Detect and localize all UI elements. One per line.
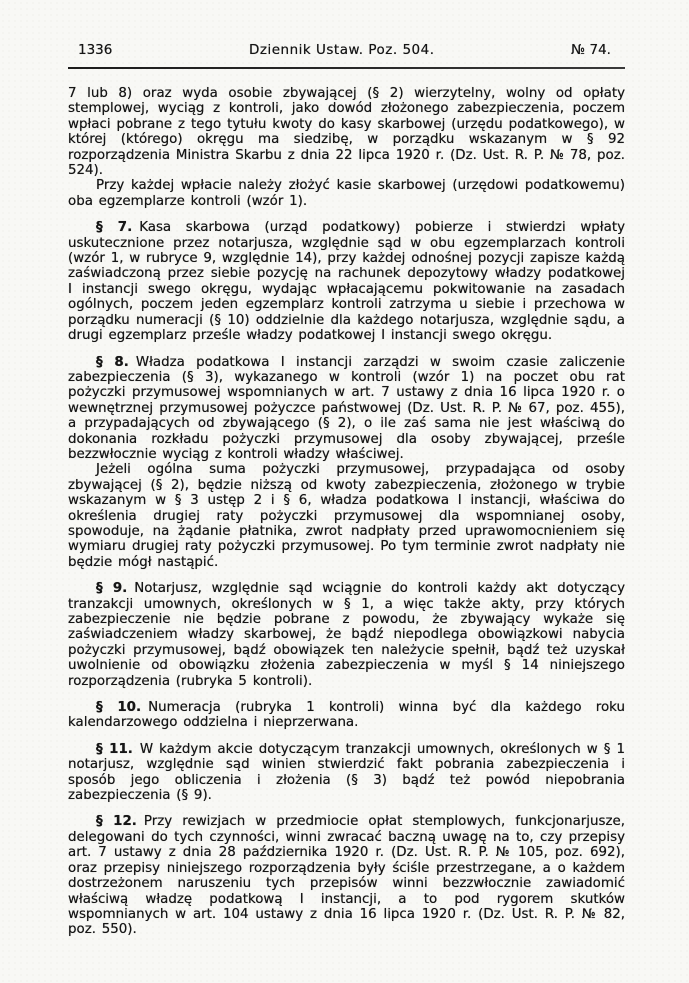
paragraph-section-8: § 8.Władza podatkowa I instancji zarządz… [68,355,625,463]
paragraph-text: W każdym akcie dotyczącym tranzakcji umo… [68,742,625,803]
section-label: § 12. [96,814,144,829]
page-content: 1336 Dziennik Ustaw. Poz. 504. № 74. 7 l… [68,42,625,938]
paragraph-text: Kasa skarbowa (urząd podatkowy) pobierze… [68,220,625,343]
paragraph-section-12: § 12.Przy rewizjach w przedmiocie opłat … [68,814,625,937]
paragraph-text: Jeżeli ogólna suma pożyczki przymusowej,… [68,462,625,569]
section-label: § 9. [96,581,134,596]
paragraph-text: Władza podatkowa I instancji zarządzi w … [68,355,625,462]
paragraph: Przy każdej wpłacie należy złożyć kasie … [68,178,625,209]
paragraph-text: Numeracja (rubryka 1 kontroli) winna być… [68,700,625,730]
page-header: 1336 Dziennik Ustaw. Poz. 504. № 74. [68,42,625,58]
paragraph-text: Przy każdej wpłacie należy złożyć kasie … [68,178,625,208]
section-label: § 7. [96,220,139,235]
paragraph: Jeżeli ogólna suma pożyczki przymusowej,… [68,462,625,570]
header-title: Dziennik Ustaw. Poz. 504. [249,42,435,58]
page-number: 1336 [68,42,112,58]
paragraph-text: Notarjusz, względnie sąd wciągnie do kon… [68,581,625,688]
paragraph-text: Przy rewizjach w przedmiocie opłat stemp… [68,814,625,937]
paragraph-continuation: 7 lub 8) oraz wyda osobie zbywającej (§ … [68,86,625,178]
document-page: 1336 Dziennik Ustaw. Poz. 504. № 74. 7 l… [0,0,689,983]
paragraph-section-9: § 9.Notarjusz, względnie sąd wciągnie do… [68,581,625,689]
header-divider [68,67,625,69]
issue-number: № 74. [571,42,625,58]
paragraph-section-10: § 10.Numeracja (rubryka 1 kontroli) winn… [68,700,625,731]
paragraph-text: 7 lub 8) oraz wyda osobie zbywającej (§ … [68,86,625,178]
paragraph-section-7: § 7.Kasa skarbowa (urząd podatkowy) pobi… [68,220,625,343]
document-body: 7 lub 8) oraz wyda osobie zbywającej (§ … [68,86,625,938]
paragraph-section-11: § 11.W każdym akcie dotyczącym tranzakcj… [68,742,625,804]
section-label: § 11. [96,742,140,757]
section-label: § 10. [96,700,148,715]
section-label: § 8. [96,355,136,370]
